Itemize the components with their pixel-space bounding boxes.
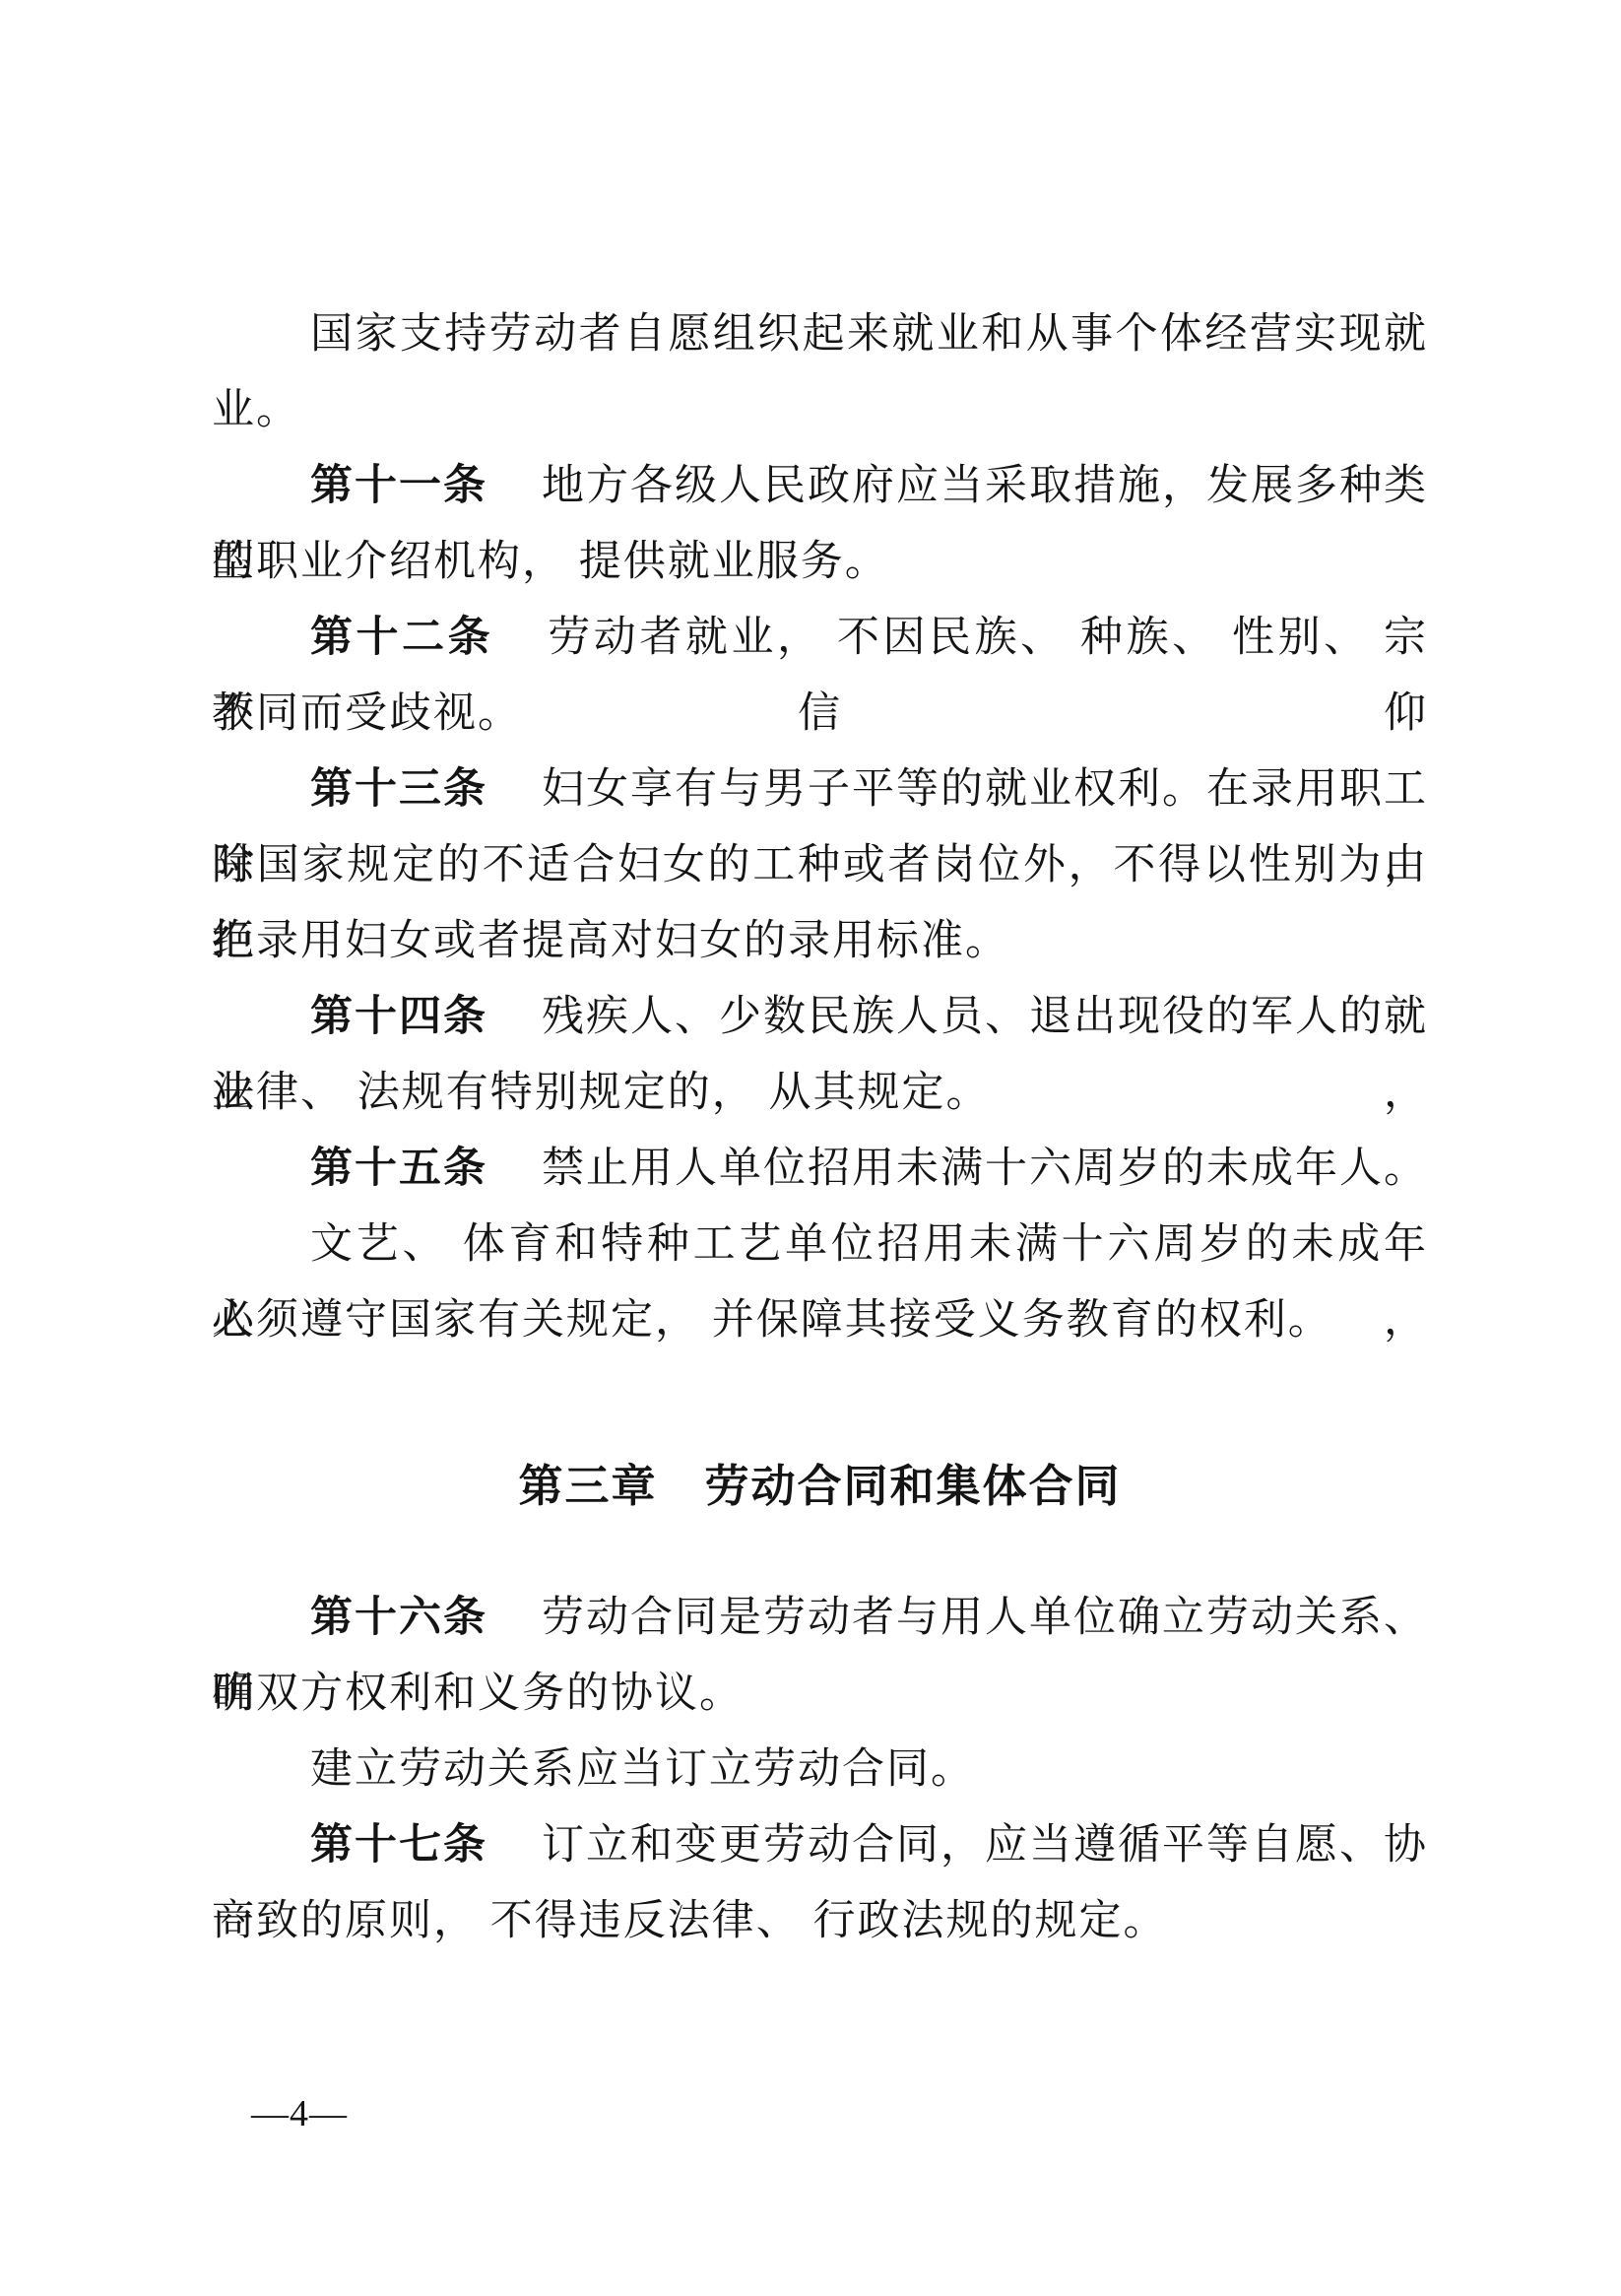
paragraph-line: 必须遵守国家有关规定， 并保障其接受义务教育的权利。 (212, 1282, 1428, 1358)
paragraph-line: 绝录用妇女或者提高对妇女的录用标准。 (212, 903, 1428, 979)
line-text: 一致的原则， 不得违反法律、 行政法规的规定。 (212, 1898, 1168, 1944)
article-number: 第十五条 (310, 1145, 487, 1192)
line-text: 必须遵守国家有关规定， 并保障其接受义务教育的权利。 (212, 1297, 1332, 1344)
article-number: 第十二条 (310, 614, 493, 661)
paragraph-line: 第十一条地方各级人民政府应当采取措施，发展多种类型 (212, 448, 1428, 524)
paragraph-line: 第十六条劳动合同是劳动者与用人单位确立劳动关系、明 (212, 1580, 1428, 1656)
paragraph-line: 国家支持劳动者自愿组织起来就业和从事个体经营实现就 (212, 296, 1428, 372)
paragraph-line: 第十五条禁止用人单位招用未满十六周岁的未成年人。 (212, 1131, 1428, 1207)
line-text: 的职业介绍机构， 提供就业服务。 (212, 539, 889, 585)
chapter-heading: 第三章劳动合同和集体合同 (212, 1448, 1428, 1524)
text-column: 国家支持劳动者自愿组织起来就业和从事个体经营实现就 业。 第十一条地方各级人民政… (212, 296, 1428, 1959)
article-number: 第十四条 (310, 993, 487, 1040)
paragraph-line: 业。 (212, 372, 1428, 448)
paragraph-line: 一致的原则， 不得违反法律、 行政法规的规定。 (212, 1883, 1428, 1959)
line-text: 绝录用妇女或者提高对妇女的录用标准。 (212, 918, 1009, 964)
paragraph-line: 第十二条劳动者就业， 不因民族、 种族、 性别、 宗教信仰 (212, 600, 1428, 676)
line-text: 不同而受歧视。 (212, 690, 522, 737)
article-number: 第十一条 (310, 462, 487, 509)
paragraph-line: 第十三条妇女享有与男子平等的就业权利。在录用职工时， (212, 752, 1428, 827)
chapter-number: 第三章 (518, 1461, 657, 1511)
paragraph-line: 建立劳动关系应当订立劳动合同。 (212, 1732, 1428, 1807)
paragraph-line: 除国家规定的不适合妇女的工种或者岗位外，不得以性别为由拒 (212, 827, 1428, 903)
line-text: 法律、 法规有特别规定的， 从其规定。 (212, 1070, 991, 1116)
page-number: —4— (251, 2090, 348, 2137)
line-text: 建立劳动关系应当订立劳动合同。 (310, 1746, 975, 1793)
chapter-title: 劳动合同和集体合同 (705, 1461, 1122, 1511)
document-page: 国家支持劳动者自愿组织起来就业和从事个体经营实现就 业。 第十一条地方各级人民政… (0, 0, 1621, 2296)
paragraph-line: 的职业介绍机构， 提供就业服务。 (212, 524, 1428, 600)
article-number: 第十六条 (310, 1594, 487, 1641)
article-number: 第十三条 (310, 765, 487, 813)
line-text: 确双方权利和义务的协议。 (212, 1671, 744, 1717)
line-text: 国家支持劳动者自愿组织起来就业和从事个体经营实现就 (310, 311, 1428, 358)
line-text: 禁止用人单位招用未满十六周岁的未成年人。 (542, 1146, 1428, 1192)
article-number: 第十七条 (310, 1821, 487, 1869)
paragraph-line: 文艺、 体育和特种工艺单位招用未满十六周岁的未成年人， (212, 1207, 1428, 1282)
paragraph-line: 确双方权利和义务的协议。 (212, 1656, 1428, 1732)
paragraph-line: 第十四条残疾人、少数民族人员、退出现役的军人的就业， (212, 979, 1428, 1055)
paragraph-line: 第十七条订立和变更劳动合同，应当遵循平等自愿、协商 (212, 1807, 1428, 1883)
line-text: 业。 (212, 387, 300, 433)
